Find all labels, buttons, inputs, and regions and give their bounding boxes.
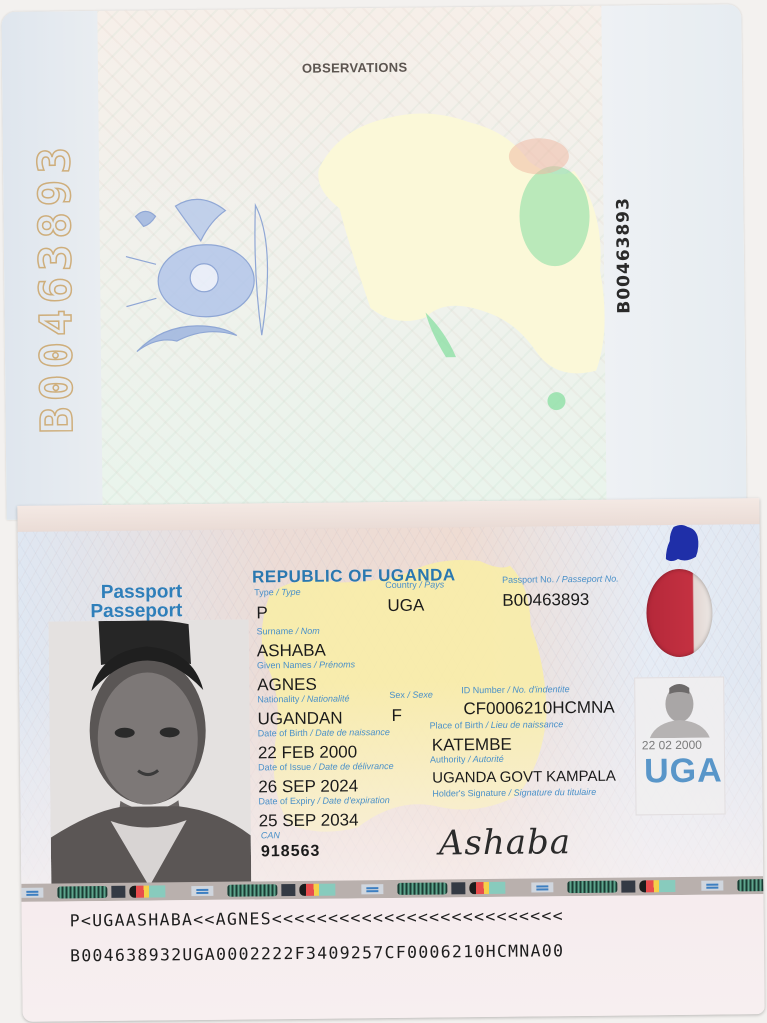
security-strip-unit	[191, 882, 353, 898]
ghost-country-code: UGA	[644, 752, 723, 792]
date-of-birth-value: 22 FEB 2000	[258, 742, 357, 763]
security-strip-unit	[21, 884, 183, 900]
surname-value: ASHABA	[257, 641, 326, 662]
security-strip-glyph-icon	[191, 886, 213, 896]
ghost-date: 22 02 2000	[642, 738, 702, 753]
security-strip-glyph-icon	[451, 882, 465, 894]
type-value: P	[256, 603, 268, 623]
coat-of-arms-icon	[115, 185, 297, 367]
security-strip-glyph-icon	[531, 882, 553, 892]
security-strip-unit	[701, 877, 763, 893]
security-strip-glyph-icon	[299, 884, 335, 896]
date-of-issue-value: 26 SEP 2024	[258, 776, 358, 797]
ghost-image: 22 02 2000 UGA	[634, 677, 725, 816]
security-strip-glyph-icon	[567, 881, 617, 894]
passport-no-label: Passport No. / Passeport No.	[502, 574, 619, 585]
holder-signature-label: Holder's Signature / Signature du titula…	[432, 787, 596, 799]
uganda-map-icon	[664, 523, 700, 563]
date-of-issue-label: Date of Issue / Date de délivrance	[258, 761, 394, 772]
security-strip-unit	[531, 879, 693, 895]
observations-page: OBSERVATIONS B00463893 B00463893	[1, 4, 746, 520]
security-strip-glyph-icon	[57, 886, 107, 899]
security-strip-glyph-icon	[701, 881, 723, 891]
security-strip-glyph-icon	[281, 884, 295, 896]
security-strip-glyph-icon	[639, 880, 675, 892]
passport-no-value: B00463893	[502, 590, 589, 611]
uganda-map-watermark	[298, 105, 621, 418]
mrz-line-2: B004638932UGA0002222F3409257CF0006210HCM…	[70, 931, 750, 973]
id-number-label: ID Number / No. d'indentite	[461, 684, 569, 695]
authority-label: Authority / Autorité	[430, 754, 504, 765]
place-of-birth-value: KATEMBE	[432, 735, 512, 756]
authority-value: UGANDA GOVT KAMPALA	[432, 768, 616, 787]
security-strip-unit	[361, 881, 523, 897]
surname-label: Surname / Nom	[257, 626, 320, 637]
security-strip-glyph-icon	[129, 885, 165, 897]
flag-window-hologram	[646, 569, 713, 658]
country-label: Country / Pays	[385, 579, 444, 590]
security-strip-glyph-icon	[737, 879, 763, 892]
security-strip-glyph-icon	[227, 884, 277, 897]
nationality-label: Nationality / Nationalité	[257, 693, 349, 704]
can-value: 918563	[261, 843, 321, 862]
country-value: UGA	[387, 596, 424, 616]
can-label: CAN	[261, 830, 280, 840]
passport-data-page: Passport Passeport REPUBLIC OF UGANDA Ty…	[17, 498, 764, 1022]
date-of-expiry-label: Date of Expiry / Date d'expiration	[258, 795, 389, 806]
portrait-icon	[49, 619, 252, 887]
security-strip-glyph-icon	[111, 886, 125, 898]
date-of-birth-label: Date of Birth / Date de naissance	[258, 727, 390, 738]
given-names-value: AGNES	[257, 675, 317, 696]
observations-title: OBSERVATIONS	[302, 60, 408, 76]
sex-label: Sex / Sexe	[389, 690, 433, 700]
security-strip-glyph-icon	[621, 880, 635, 892]
date-of-expiry-value: 25 SEP 2034	[259, 810, 359, 831]
given-names-label: Given Names / Prénoms	[257, 659, 355, 670]
type-label: Type / Type	[254, 587, 300, 597]
id-number-value: CF0006210HCMNA	[463, 698, 614, 720]
ghost-portrait-icon	[635, 678, 724, 739]
holder-signature: Ashaba	[439, 822, 572, 863]
holder-photo	[49, 619, 252, 887]
vertical-passport-number: B00463893	[588, 175, 660, 336]
security-strip-glyph-icon	[397, 882, 447, 895]
security-strip-glyph-icon	[361, 884, 383, 894]
perforated-passport-number: B00463893	[24, 107, 88, 468]
machine-readable-zone: P<UGAASHABA<<AGNES<<<<<<<<<<<<<<<<<<<<<<…	[69, 896, 750, 973]
security-strip-glyph-icon	[21, 888, 43, 898]
security-strip-glyph-icon	[469, 882, 505, 894]
sex-value: F	[391, 706, 402, 726]
place-of-birth-label: Place of Birth / Lieu de naissance	[430, 719, 564, 730]
nationality-value: UGANDAN	[257, 709, 342, 730]
document-label: Passport Passeport	[90, 582, 182, 621]
